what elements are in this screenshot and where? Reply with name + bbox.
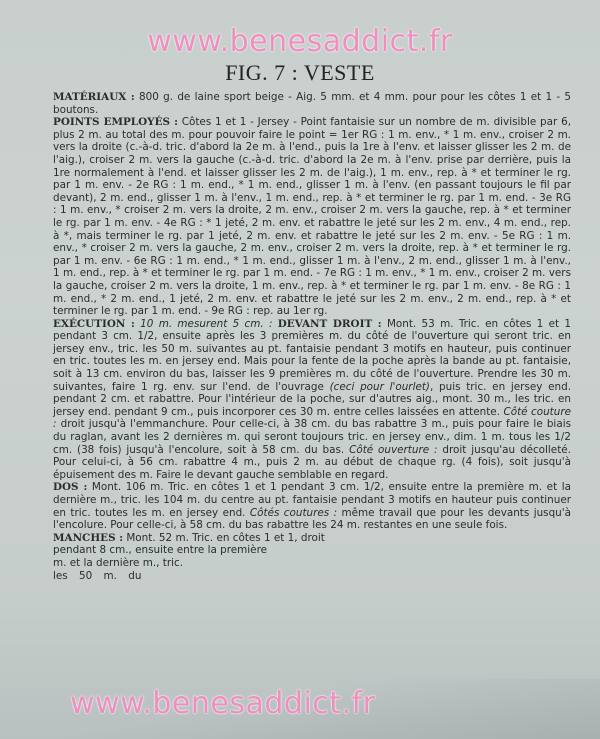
execution-italic-3: Côté ouverture : (349, 444, 437, 456)
execution-italic-1: (ceci pour l'ourlet) (330, 381, 430, 393)
sleeves-line-3: m. et la dernière m., tric. (53, 557, 183, 569)
back-heading: DOS : (53, 481, 87, 493)
materials-heading: MATÉRIAUX : (53, 91, 135, 103)
stitches-heading: POINTS EMPLOYÉS : (53, 116, 178, 128)
sleeves-line-4: les 50 m. du (53, 570, 141, 582)
execution-paragraph: EXÉCUTION : 10 m. mesurent 5 cm. : DEVAN… (53, 318, 571, 482)
watermark-top: www.benesaddict.fr (0, 24, 600, 59)
stitches-text: Côtes 1 et 1 - Jersey - Point fantaisie … (53, 116, 571, 317)
back-italic: Côtés coutures : (250, 507, 337, 519)
page-title: FIG. 7 : VESTE (0, 60, 600, 86)
gauge-text: 10 m. mesurent 5 cm. : (135, 318, 278, 330)
watermark-bottom: www.benesaddict.fr (70, 686, 375, 721)
execution-heading: EXÉCUTION : (53, 318, 135, 330)
sleeves-heading: MANCHES : (53, 532, 123, 544)
pattern-body: MATÉRIAUX : 800 g. de laine sport beige … (53, 91, 571, 582)
back-paragraph: DOS : Mont. 106 m. Tric. en côtes 1 et 1… (53, 481, 571, 531)
sleeves-paragraph: MANCHES : Mont. 52 m. Tric. en côtes 1 e… (53, 532, 373, 582)
materials-paragraph: MATÉRIAUX : 800 g. de laine sport beige … (53, 91, 571, 116)
sleeves-line-1: Mont. 52 m. Tric. en côtes 1 et 1, droit (123, 532, 325, 544)
sleeves-line-2: pendant 8 cm., ensuite entre la première (53, 544, 267, 556)
right-front-heading: DEVANT DROIT : (278, 318, 382, 330)
stitches-paragraph: POINTS EMPLOYÉS : Côtes 1 et 1 - Jersey … (53, 116, 571, 318)
